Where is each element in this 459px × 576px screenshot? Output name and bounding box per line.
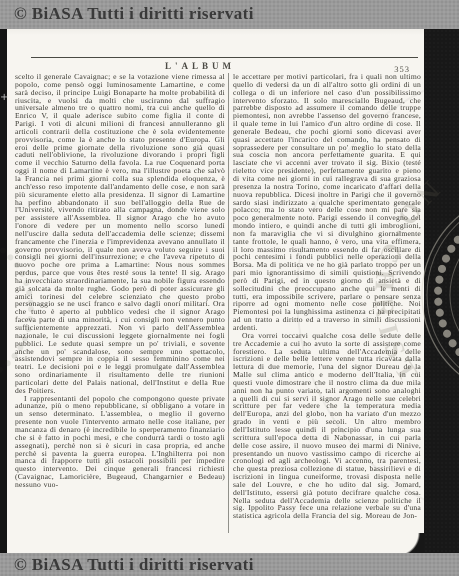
journal-title: L'ALBUM: [125, 61, 275, 71]
column-divider-rule: [228, 73, 229, 533]
watermark-bar-bottom: © BiASA Tutti i diritti riservati: [0, 553, 459, 576]
text-paragraph: scelto il generale Cavaignac; e se la vo…: [15, 73, 225, 395]
edge-registration-mark: +: [0, 92, 8, 103]
page: L'ALBUM 353 scelto il generale Cavaignac…: [7, 29, 424, 555]
scanned-document-page: + L'ALBUM 353 scelto il generale Cavaign…: [0, 0, 459, 576]
left-column: scelto il generale Cavaignac; e se la vo…: [15, 73, 225, 489]
page-corner-shadow: [396, 533, 424, 553]
watermark-bar-top: © BiASA Tutti i diritti riservati: [0, 0, 459, 29]
text-paragraph: le accettare per motivi particolari, fra…: [233, 73, 421, 332]
header-rule: [31, 57, 418, 58]
scanner-dark-strip-left: [0, 25, 7, 556]
watermark-text-bottom: © BiASA Tutti i diritti riservati: [0, 553, 459, 575]
watermark-text-top: © BiASA Tutti i diritti riservati: [0, 0, 459, 24]
text-paragraph: Ora vorrei toccarvi qualche cosa delle s…: [233, 332, 421, 520]
right-column: le accettare per motivi particolari, fra…: [233, 73, 421, 520]
text-paragraph: I rappresentanti del popolo che compongo…: [15, 395, 225, 489]
scanner-dark-margin-right: [424, 29, 459, 553]
